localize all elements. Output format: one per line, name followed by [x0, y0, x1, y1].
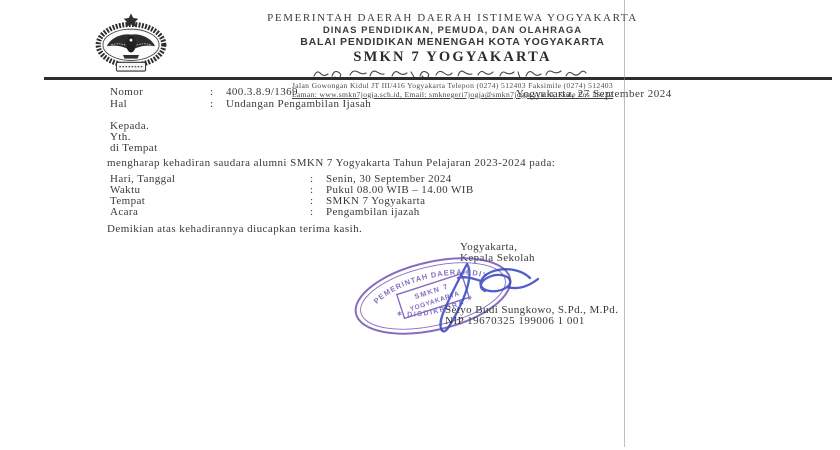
detail-label: Acara: [110, 207, 310, 218]
opening-paragraph: mengharap kehadiran saudara alumni SMKN …: [107, 157, 807, 169]
detail-label: Tempat: [110, 196, 310, 207]
detail-row: Acara:Pengambilan ijazah: [110, 207, 474, 218]
dateline: Yogyakarta, 27 September 2024: [516, 88, 672, 100]
school-name: SMKN 7 YOGYAKARTA: [125, 49, 780, 66]
nomor-label: Nomor: [110, 86, 210, 98]
hal-label: Hal: [110, 98, 210, 110]
detail-label: Hari, Tanggal: [110, 174, 310, 185]
recipient-line: Yth.: [110, 132, 158, 143]
office-line: BALAI PENDIDIKAN MENENGAH KOTA YOGYAKART…: [125, 36, 780, 48]
recipient-line: di Tempat: [110, 143, 158, 154]
government-line: PEMERINTAH DAERAH DAERAH ISTIMEWA YOGYAK…: [125, 12, 780, 24]
recipient-block: Kepada. Yth. di Tempat: [110, 121, 158, 153]
letter-number-row: Nomor:400.3.8.9/1369: [110, 86, 298, 98]
nomor-value: 400.3.8.9/1369: [226, 86, 298, 98]
department-line: DINAS PENDIDIKAN, PEMUDA, DAN OLAHRAGA: [125, 25, 780, 36]
closing-paragraph: Demikian atas kehadirannya diucapkan ter…: [107, 223, 362, 235]
signatory-nip: NIP 19670325 199006 1 001: [445, 315, 585, 327]
scanned-letter-page: PEMERINTAH DAERAH DAERAH ISTIMEWA YOGYAK…: [0, 0, 840, 450]
event-details: Hari, Tanggal:Senin, 30 September 2024 W…: [110, 174, 474, 218]
scan-fold-line: [624, 0, 625, 447]
colon-separator: :: [210, 98, 226, 110]
detail-value: Pengambilan ijazah: [326, 206, 420, 218]
letter-subject-row: Hal:Undangan Pengambilan Ijasah: [110, 98, 371, 110]
colon-separator: :: [310, 207, 326, 218]
hal-value: Undangan Pengambilan Ijasah: [226, 98, 371, 110]
colon-separator: :: [210, 86, 226, 98]
letterhead-divider: [44, 77, 832, 80]
